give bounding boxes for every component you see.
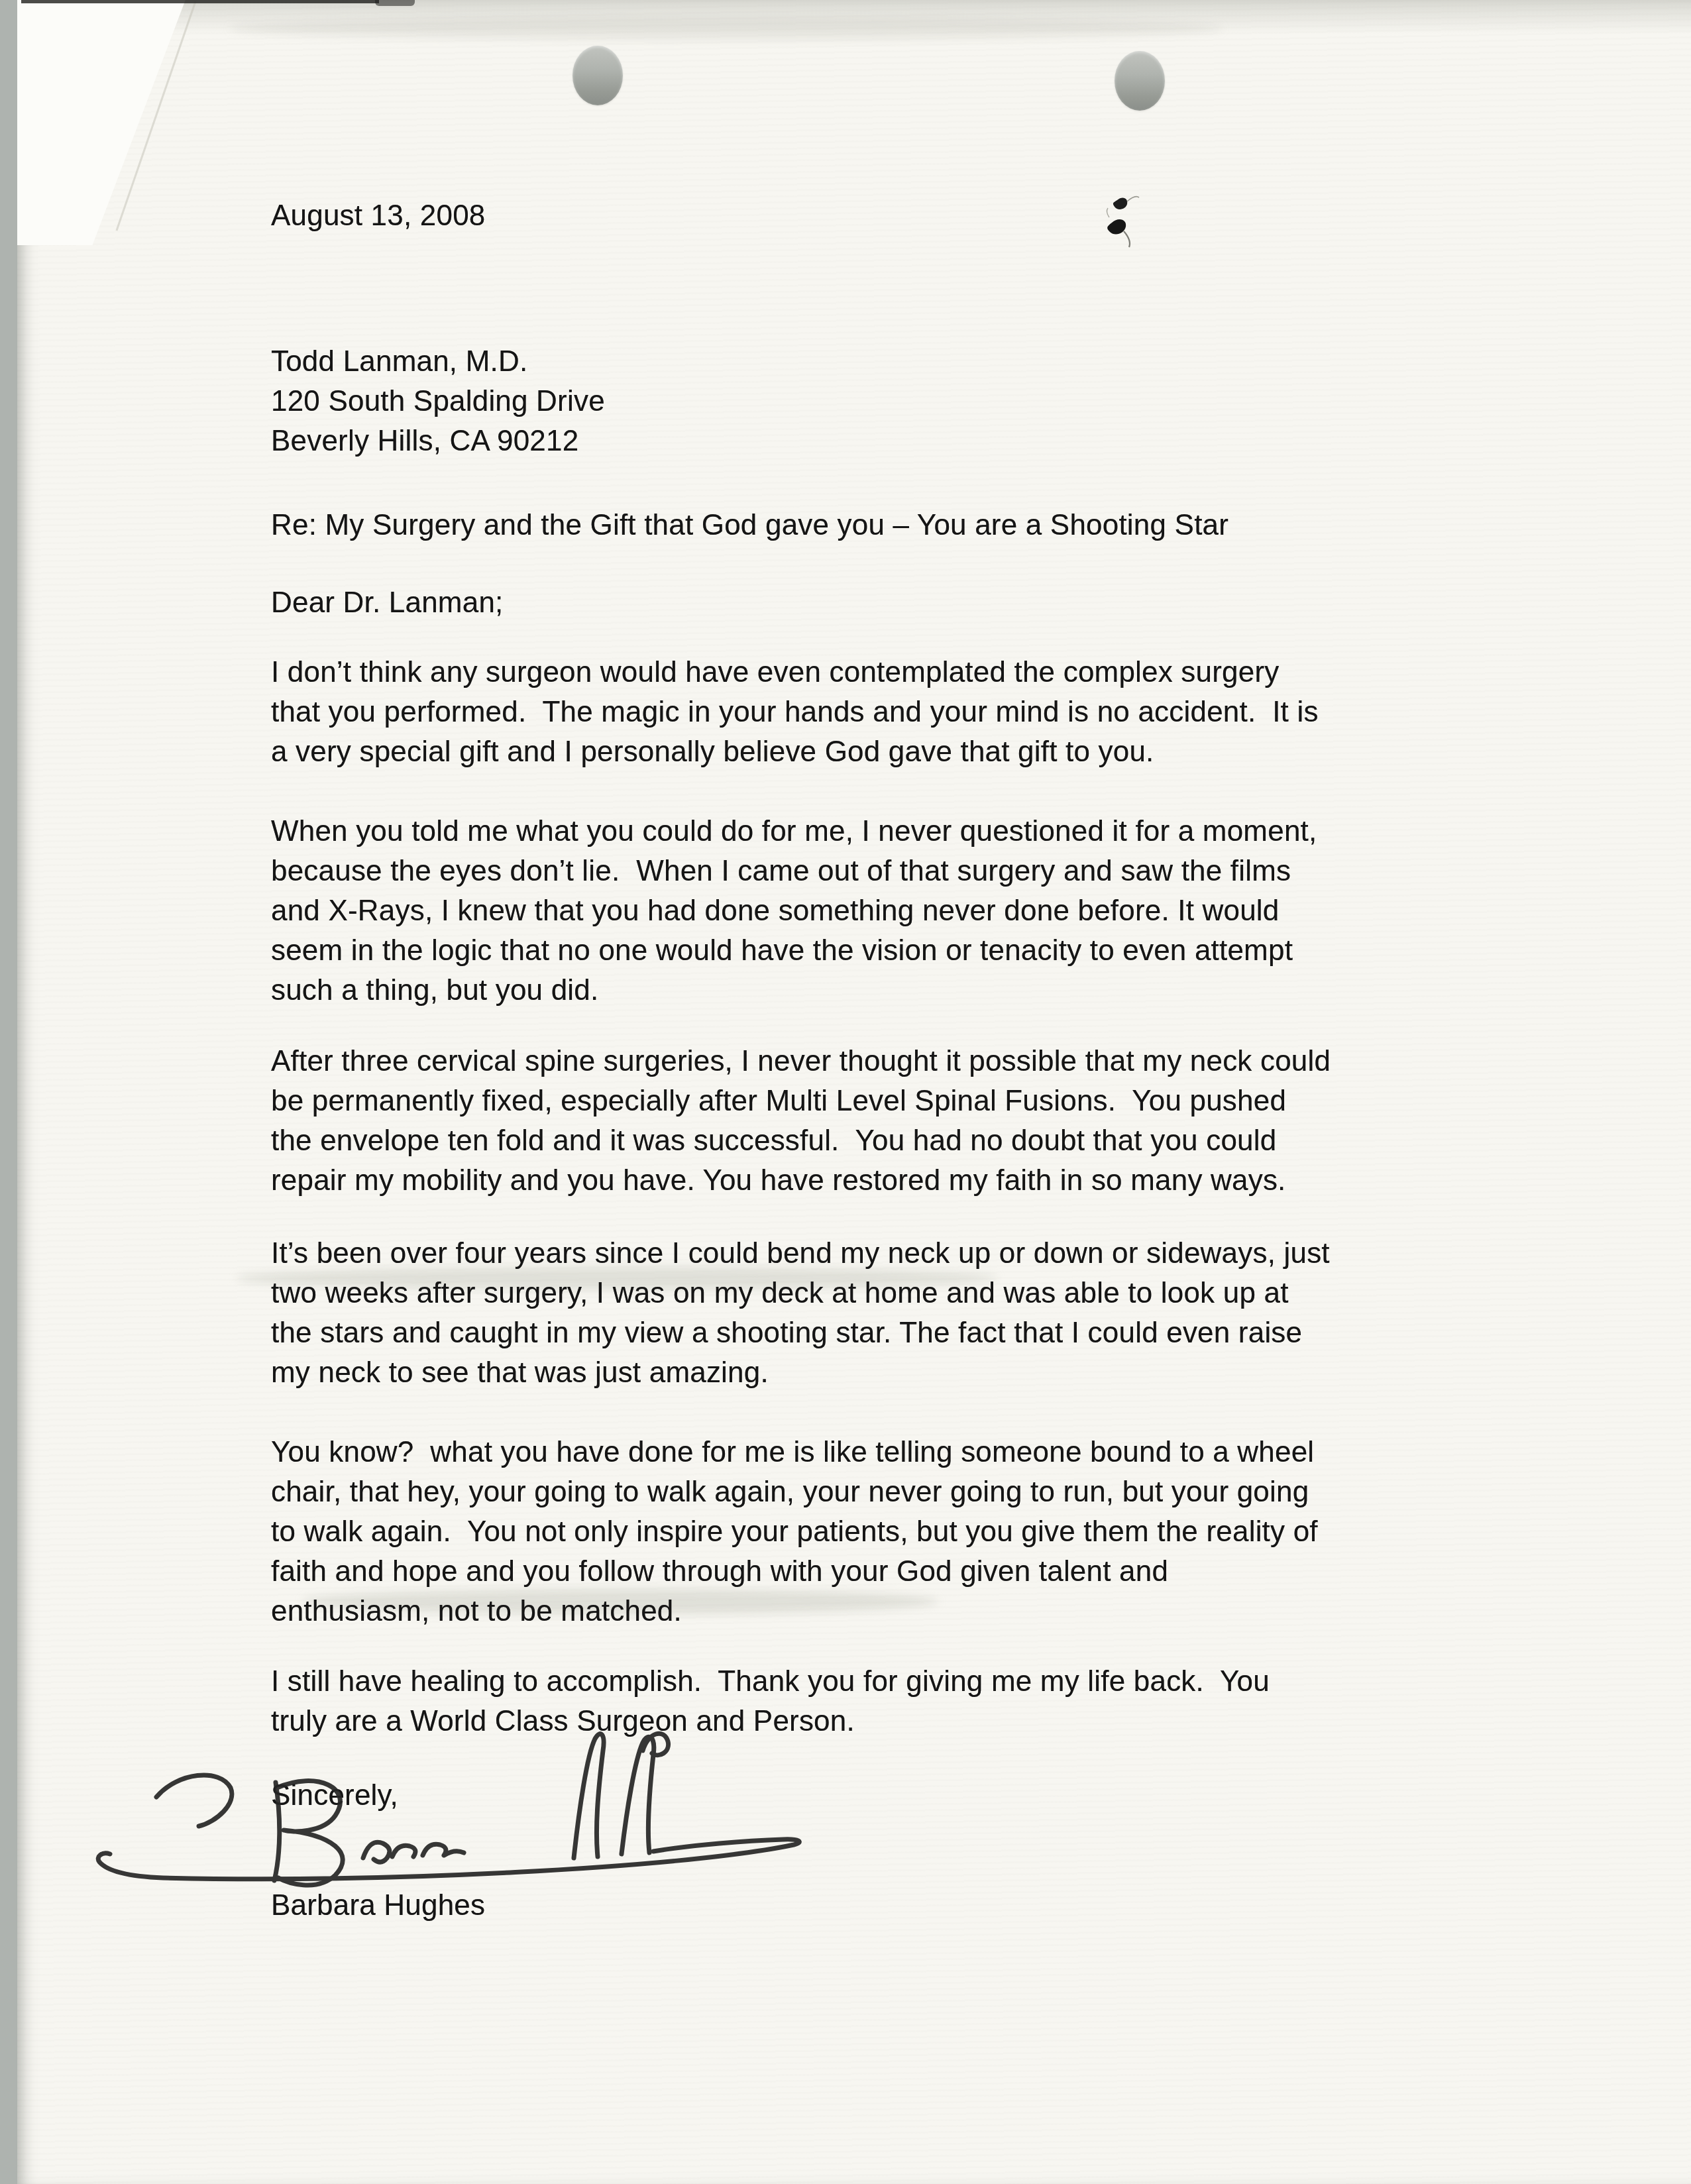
paragraph-2: When you told me what you could do for m… [271, 812, 1636, 1010]
page-corner-artifact [17, 0, 196, 245]
scan-edge-mark [375, 0, 415, 6]
signed-name: Barbara Hughes [271, 1886, 1636, 1926]
hole-punch-right [1115, 51, 1165, 111]
subject-line: Re: My Surgery and the Gift that God gav… [271, 506, 1636, 545]
paragraph-3: After three cervical spine surgeries, I … [271, 1042, 1636, 1201]
paragraph-5: You know? what you have done for me is l… [271, 1433, 1636, 1631]
scanner-bed: August 13, 2008 Todd Lanman, M.D. 120 So… [0, 0, 1691, 2184]
signature-scrawl [57, 1716, 826, 1908]
letter-paper: August 13, 2008 Todd Lanman, M.D. 120 So… [17, 0, 1691, 2184]
scan-edge-line [21, 0, 379, 3]
paragraph-1: I don’t think any surgeon would have eve… [271, 653, 1636, 772]
salutation: Dear Dr. Lanman; [271, 583, 1636, 623]
paragraph-4: It’s been over four years since I could … [271, 1234, 1636, 1393]
scan-smudge [229, 17, 1223, 40]
recipient-address: Todd Lanman, M.D. 120 South Spalding Dri… [271, 342, 1636, 461]
letter-date: August 13, 2008 [271, 196, 1636, 236]
hole-punch-left [573, 46, 623, 105]
